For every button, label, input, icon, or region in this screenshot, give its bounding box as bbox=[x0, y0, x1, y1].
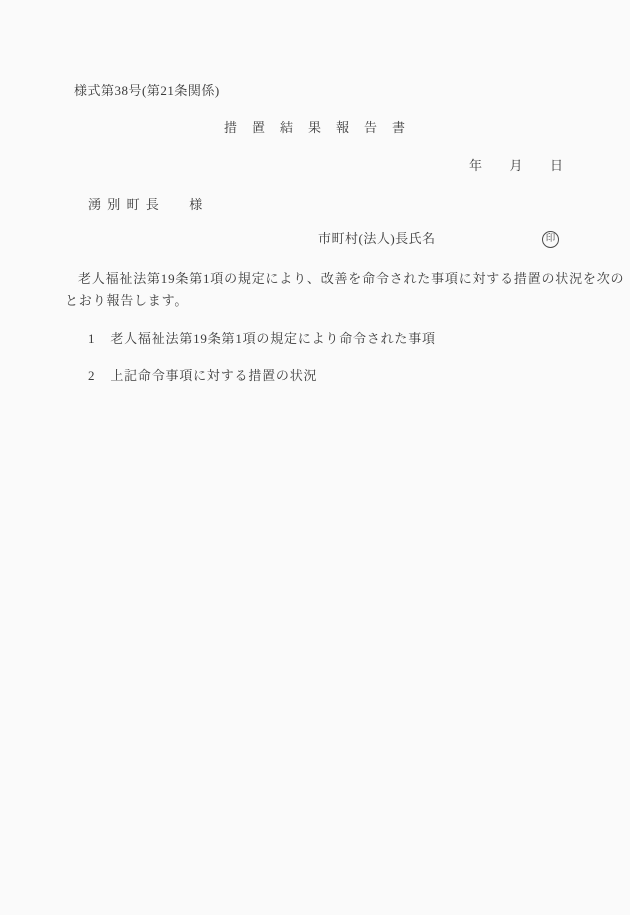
date-line: 年 月 日 bbox=[469, 159, 564, 172]
body-text-line-1: 老人福祉法第19条第1項の規定により、改善を命令された事項に対する措置の状況を次… bbox=[65, 272, 624, 285]
document-title: 措 置 結 果 報 告 書 bbox=[224, 121, 406, 134]
form-number: 様式第38号(第21条関係) bbox=[74, 84, 220, 97]
list-item-2-number: 2 bbox=[88, 369, 95, 382]
body-text-line-2: とおり報告します。 bbox=[65, 294, 188, 307]
document-page: 様式第38号(第21条関係) 措 置 結 果 報 告 書 年 月 日 湧 別 町… bbox=[0, 0, 630, 915]
addressee-line: 湧 別 町 長 様 bbox=[88, 198, 204, 211]
list-item-1-text: 老人福祉法第19条第1項の規定により命令された事項 bbox=[110, 331, 436, 346]
list-item-2-text: 上記命令事項に対する措置の状況 bbox=[110, 368, 317, 383]
seal-stamp-icon: 印 bbox=[542, 231, 559, 248]
signer-name-label: 市町村(法人)長氏名 bbox=[318, 232, 436, 245]
list-item-1-number: 1 bbox=[88, 332, 95, 345]
list-item-2: 2上記命令事項に対する措置の状況 bbox=[88, 369, 317, 382]
list-item-1: 1老人福祉法第19条第1項の規定により命令された事項 bbox=[88, 332, 436, 345]
seal-character: 印 bbox=[546, 235, 556, 245]
